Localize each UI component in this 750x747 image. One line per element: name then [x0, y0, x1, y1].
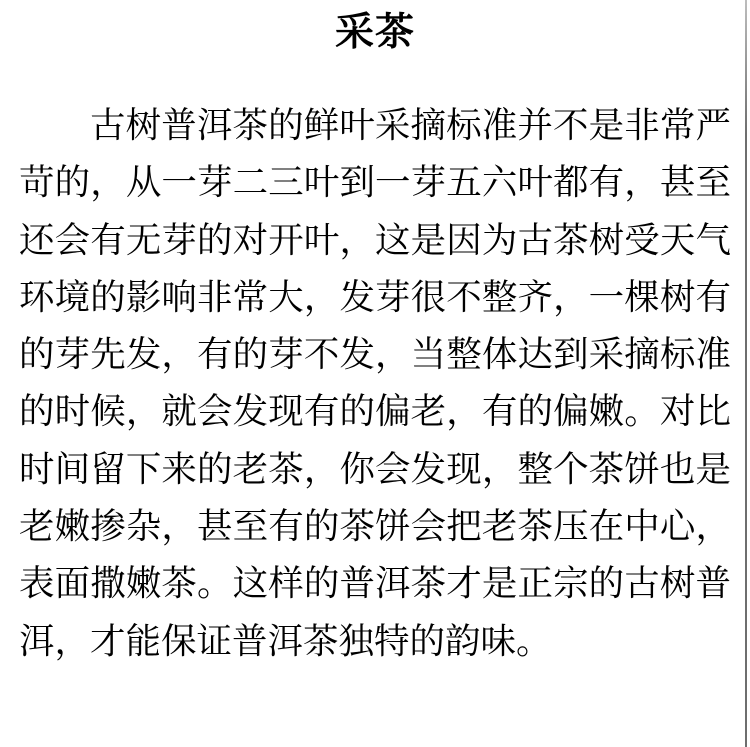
page-title: 采茶	[0, 0, 750, 56]
document-page: 采茶 古树普洱茶的鲜叶采摘标准并不是非常严苛的，从一芽二三叶到一芽五六叶都有，甚…	[0, 0, 750, 747]
body-paragraph: 古树普洱茶的鲜叶采摘标准并不是非常严苛的，从一芽二三叶到一芽五六叶都有，甚至还会…	[0, 97, 750, 670]
page-edge-line	[745, 0, 747, 747]
